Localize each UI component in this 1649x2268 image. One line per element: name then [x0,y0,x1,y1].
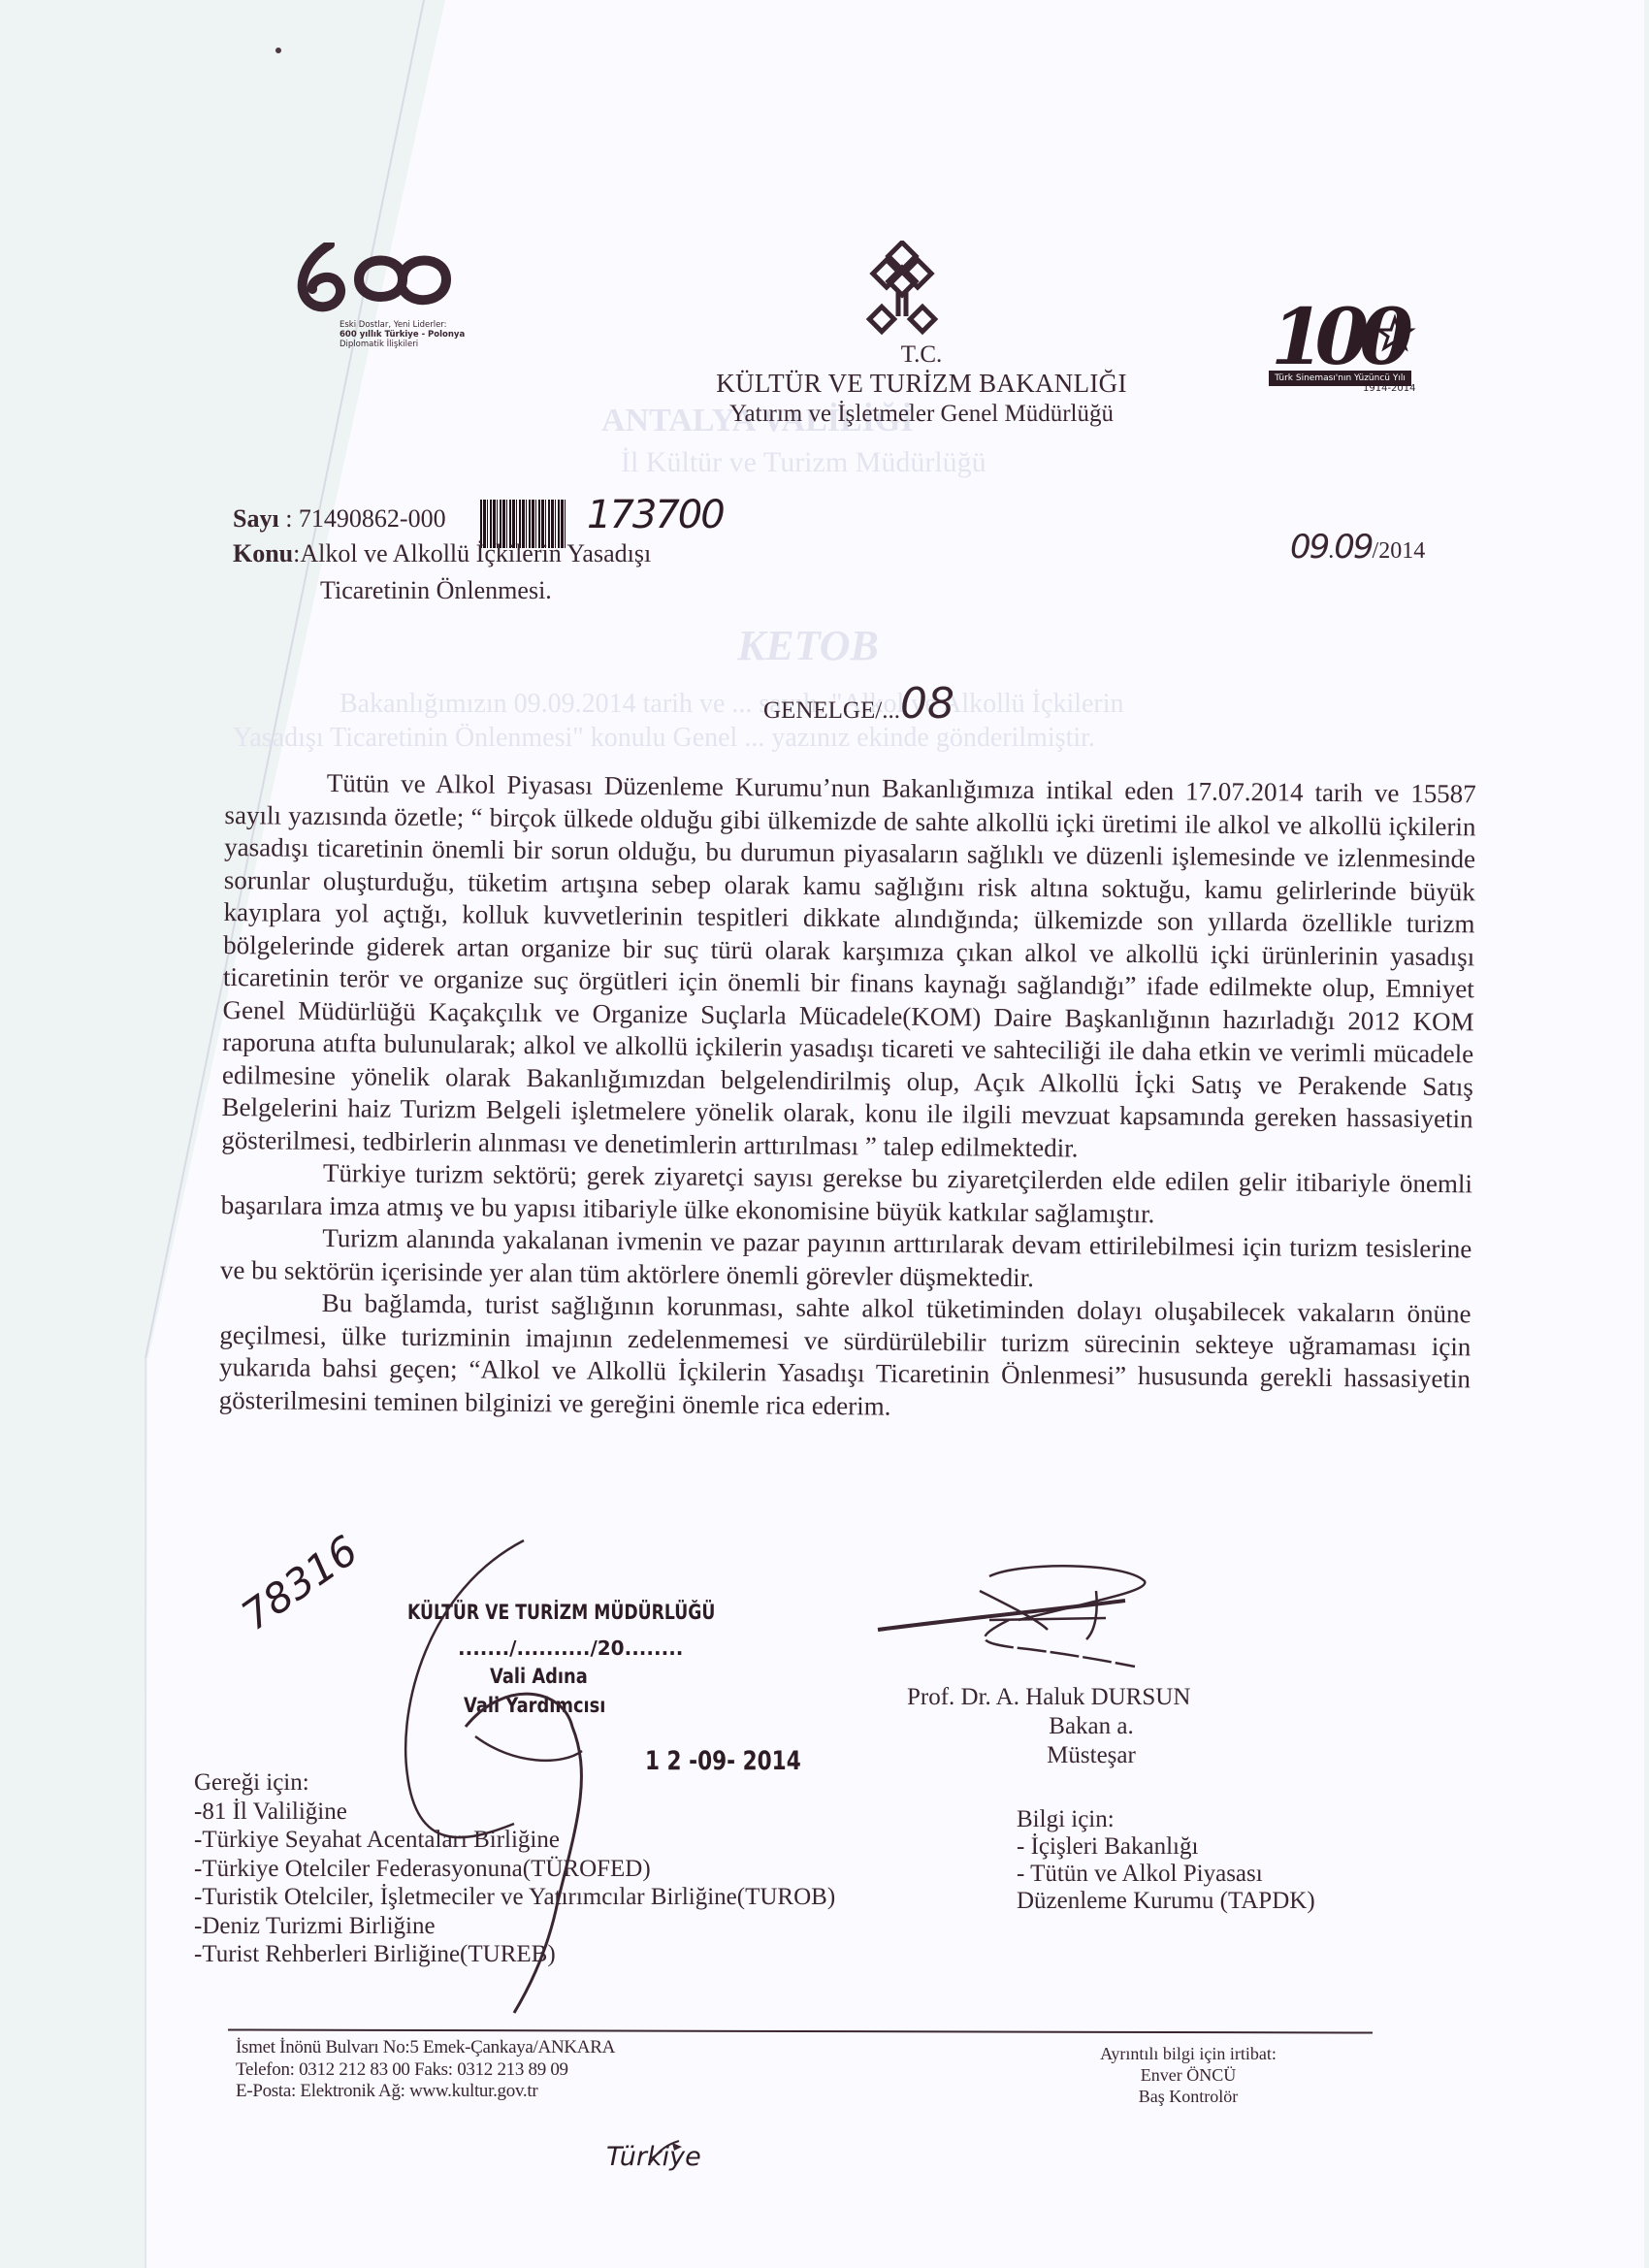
list-item: -Deniz Turizmi Birliğine [194,1912,835,1941]
date-year: /2014 [1373,538,1426,564]
body-paragraph: Turizm alanında yakalanan ivmenin ve paz… [220,1221,1472,1298]
contact-role: Baş Kontrolör [1082,2086,1295,2107]
stamp-title: Vali Yardımcısı [464,1694,605,1717]
logo-600-caption: Eski Dostlar, Yeni Liderler: 600 yıllık … [339,320,465,349]
subject-line-2: Ticaretinin Önlenmesi. [320,576,552,605]
genelge-label: GENELGE/... [763,697,900,724]
logo-600-icon [291,243,451,315]
signer-role-2: Müsteşar [989,1741,1193,1770]
circular-number: GENELGE/...08 [763,679,954,729]
bleed-through-text: KETOB [737,621,879,670]
subject: Konu:Alkol ve Alkollü İçkilerin Yasadışı [233,539,651,568]
bleed-through-text: Yasadışı Ticaretinin Önlenmesi" konulu G… [233,723,1095,754]
distribution-info-list: Bilgi için: - İçişleri Bakanlığı - Tütün… [1017,1806,1315,1915]
list-item: - Tütün ve Alkol Piyasası [1017,1861,1315,1888]
signer-name: Prof. Dr. A. Haluk DURSUN [907,1683,1295,1712]
contact-title: Ayrıntılı bilgi için irtibat: [1082,2043,1295,2064]
footer-address: İsmet İnönü Bulvarı No:5 Emek-Çankaya/AN… [236,2037,615,2059]
distribution-action-list: Gereği için: -81 İl Valiliğine -Türkiye … [194,1768,835,1969]
document-date: 09.09/2014 [1290,528,1425,567]
signer-role-1: Bakan a. [989,1712,1193,1741]
bleed-through-text: İl Kültür ve Turizm Müdürlüğü [621,446,986,479]
contact-name: Enver ÖNCÜ [1082,2064,1295,2086]
stamp-office: KÜLTÜR VE TURİZM MÜDÜRLÜĞÜ [407,1601,715,1624]
document-number: Sayı : 71490862-000 [233,504,446,534]
handwritten-registry-number: 173700 [587,493,724,537]
bilgi-title: Bilgi için: [1017,1806,1315,1833]
konu-label: Konu [233,539,293,567]
list-item: - İçişleri Bakanlığı [1017,1833,1315,1861]
body-paragraph: Bu bağlamda, turist sağlığının korunması… [219,1286,1471,1428]
sayi-label: Sayı [233,504,279,533]
logo-turkish-cinema-100: 100 Türk Sineması'nın Yüzüncü Yılı 1914-… [1261,281,1426,378]
konu-value: :Alkol ve Alkollü İçkilerin Yasadışı [293,539,651,567]
signatory-block: Prof. Dr. A. Haluk DURSUN Bakan a. Müste… [907,1683,1295,1770]
stamp-on-behalf: Vali Adına [490,1665,588,1688]
genelge-number-handwritten: 08 [900,679,954,729]
date-month-handwritten: 09 [1334,528,1372,567]
list-item: -Turist Rehberleri Birliğine(TUREB) [194,1940,835,1969]
stamp-date-field: ......./........../20........ [458,1636,683,1660]
logo-600-years: Eski Dostlar, Yeni Liderler: 600 yıllık … [291,243,465,349]
list-item: -81 İl Valiliğine [194,1798,835,1827]
footer-address-block: İsmet İnönü Bulvarı No:5 Emek-Çankaya/AN… [236,2037,615,2103]
header-tc: T.C. [582,341,1261,369]
sayi-value: : 71490862-000 [285,504,445,533]
list-item: Düzenleme Kurumu (TAPDK) [1017,1888,1315,1915]
turkiye-brand-logo: Türkiye [606,2142,701,2172]
footer-phone: Telefon: 0312 212 83 00 Faks: 0312 213 8… [236,2059,615,2082]
list-item: -Turistik Otelciler, İşletmeciler ve Yat… [194,1883,835,1912]
ministry-emblem-icon [863,241,946,342]
bleed-through-text: Bakanlığımızın 09.09.2014 tarih ve ... s… [339,689,1124,720]
date-day-handwritten: 09 [1290,528,1328,567]
logo-100-years: 1914-2014 [1363,383,1416,394]
body-paragraph: Tütün ve Alkol Piyasası Düzenleme Kurumu… [221,766,1476,1168]
footer-contact-block: Ayrıntılı bilgi için irtibat: Enver ÖNCÜ… [1082,2043,1295,2107]
gereği-title: Gereği için: [194,1768,835,1798]
header-directorate: Yatırım ve İşletmeler Genel Müdürlüğü [582,401,1261,428]
list-item: -Türkiye Seyahat Acentaları Birliğine [194,1826,835,1855]
document-body: Tütün ve Alkol Piyasası Düzenleme Kurumu… [219,766,1476,1428]
header-ministry: KÜLTÜR VE TURİZM BAKANLIĞI [582,369,1261,399]
body-paragraph: Türkiye turizm sektörü; gerek ziyaretçi … [220,1156,1472,1233]
svg-text:100: 100 [1271,291,1412,373]
list-item: -Türkiye Otelciler Federasyonuna(TÜROFED… [194,1855,835,1884]
logo-100-icon: 100 [1261,281,1426,373]
footer-email: E-Posta: Elektronik Ağ: www.kultur.gov.t… [236,2081,615,2103]
